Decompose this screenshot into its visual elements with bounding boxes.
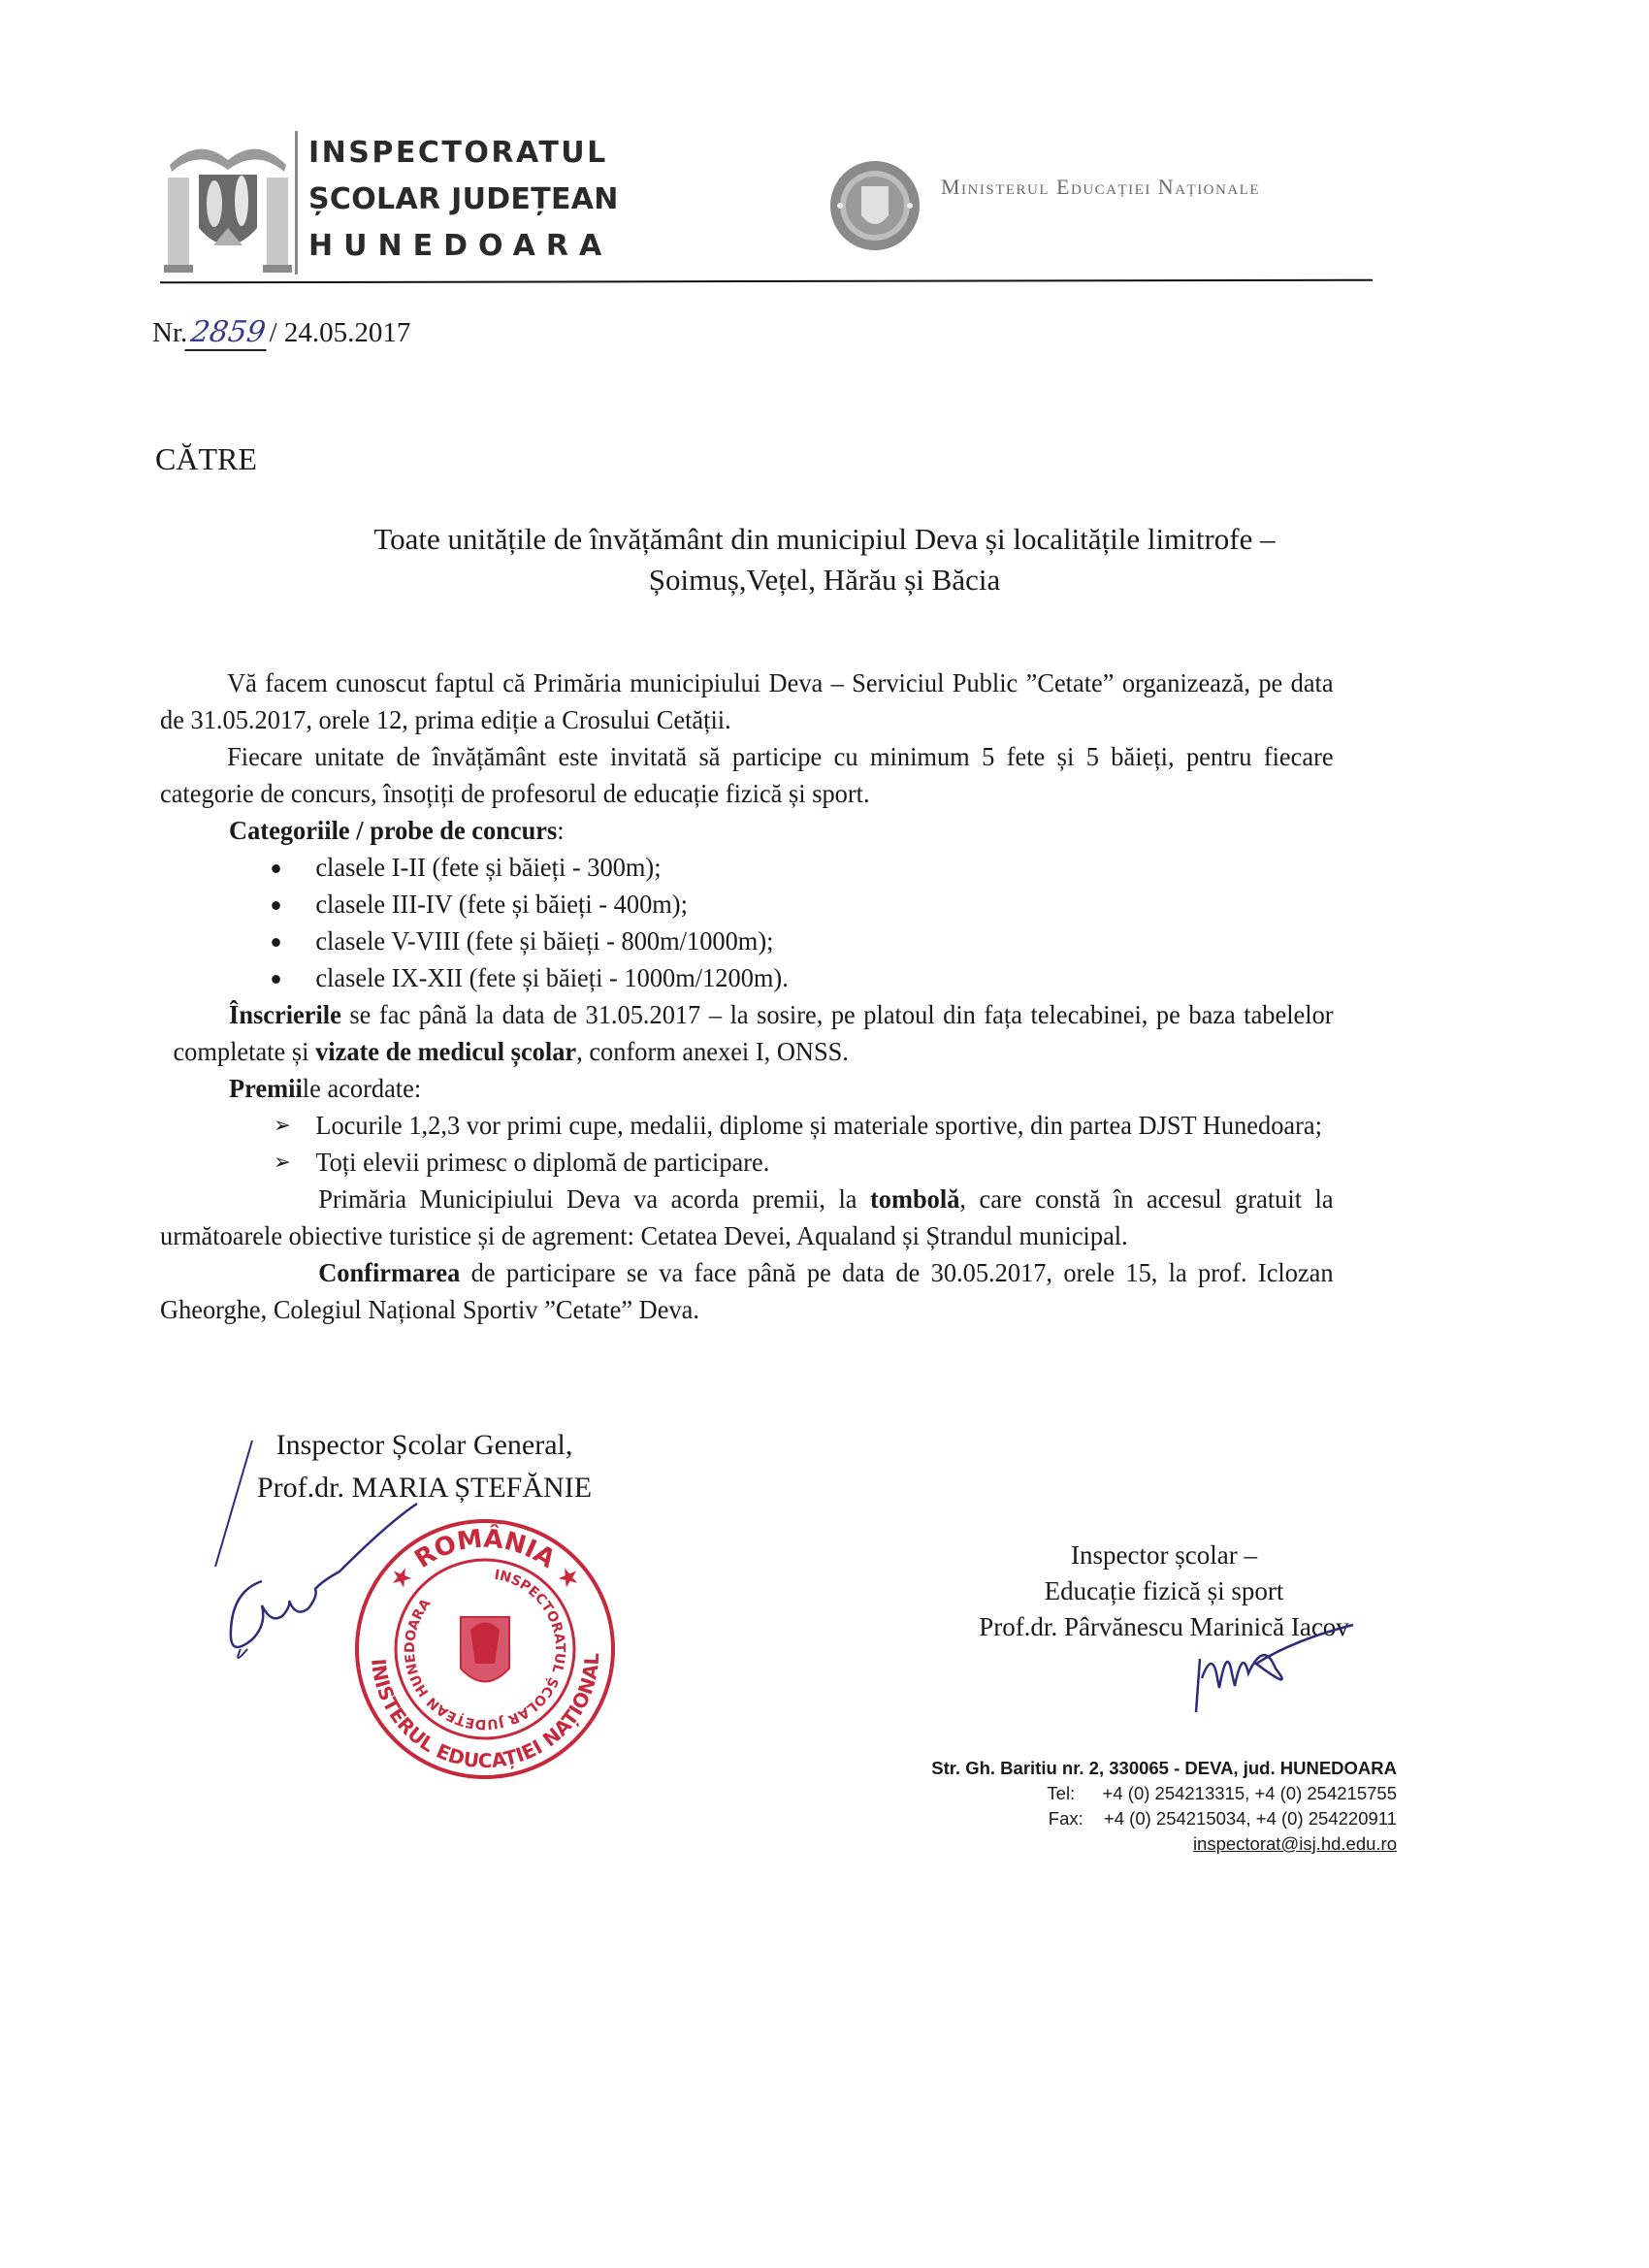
contact-email-link[interactable]: inspectorat@isj.hd.edu.ro [844, 1831, 1397, 1857]
tel-label: Tel: [1047, 1781, 1097, 1806]
category-item: clasele V-VIII (fete și băieți - 800m/10… [272, 923, 1333, 959]
confirmation-paragraph: Confirmarea de participare se va face pâ… [160, 1254, 1334, 1328]
prizes-text: le acordate: [303, 1073, 421, 1103]
registration-number: Nr.2859/ 24.05.2017 [152, 315, 410, 351]
categories-colon: : [557, 815, 564, 845]
intro-paragraph: Vă facem cunoscut faptul că Primăria mun… [160, 664, 1334, 738]
handwritten-signature-icon [1188, 1620, 1363, 1727]
contact-tel: Tel: +4 (0) 254213315, +4 (0) 254215755 [844, 1781, 1397, 1806]
prizes-bold: Premii [229, 1073, 303, 1103]
signatory-sport-subtitle: Educație fizică și sport [955, 1573, 1373, 1609]
category-item: clasele I-II (fete și băieți - 300m); [272, 849, 1333, 886]
registration-paragraph: Înscrierile se fac până la data de 31.05… [160, 996, 1334, 1070]
category-item: clasele IX-XII (fete și băieți - 1000m/1… [272, 959, 1333, 996]
raffle-paragraph: Primăria Municipiului Deva va acorda pre… [160, 1181, 1334, 1254]
signatory-sport-title: Inspector școlar – [955, 1538, 1373, 1573]
confirmation-bold: Confirmarea [318, 1257, 460, 1287]
categories-list: clasele I-II (fete și băieți - 300m); cl… [160, 849, 1334, 996]
header-divider [295, 131, 298, 275]
raffle-bold: tombolă [870, 1183, 959, 1214]
prize-item: ➢Toți elevii primesc o diplomă de partic… [274, 1144, 1333, 1181]
institution-line-3: HUNEDOARA [308, 223, 619, 270]
fax-label: Fax: [1049, 1806, 1099, 1831]
institution-name: INSPECTORATUL ȘCOLAR JUDEȚEAN HUNEDOARA [308, 130, 619, 270]
participation-paragraph: Fiecare unitate de învățământ este invit… [160, 738, 1334, 812]
registration-bold: Înscrierile [229, 999, 341, 1029]
institution-line-1: INSPECTORATUL [308, 130, 619, 177]
official-stamp-icon: ★ ROMÂNIA ★ MINISTERUL EDUCAȚIEI NAȚIONA… [344, 1508, 626, 1790]
prize-text: Locurile 1,2,3 vor primi cupe, medalii, … [315, 1110, 1322, 1140]
prize-item: ➢Locurile 1,2,3 vor primi cupe, medalii,… [274, 1107, 1333, 1144]
category-item: clasele III-IV (fete și băieți - 400m); [272, 886, 1333, 923]
arrow-bullet-icon: ➢ [274, 1144, 291, 1181]
government-seal-icon [826, 157, 923, 254]
recipient-line-1: Toate unitățile de învățământ din munici… [145, 519, 1503, 560]
prizes-heading: Premiile acordate: [160, 1070, 1334, 1107]
recipient-line-2: Șoimuș,Vețel, Hărău și Băcia [145, 560, 1503, 600]
arrow-bullet-icon: ➢ [274, 1107, 291, 1144]
contact-address: Str. Gh. Baritiu nr. 2, 330065 - DEVA, j… [844, 1756, 1397, 1781]
prize-text: Toți elevii primesc o diplomă de partici… [315, 1147, 769, 1177]
header-rule [160, 279, 1373, 284]
registration-prefix: Nr. [152, 317, 187, 348]
medical-visa-bold: vizate de medicul școlar [315, 1036, 576, 1066]
handwritten-number: 2859 [185, 315, 273, 351]
categories-heading-text: Categoriile / probe de concurs [229, 815, 557, 845]
contact-fax: Fax: +4 (0) 254215034, +4 (0) 254220911 [844, 1806, 1397, 1831]
tel-value: +4 (0) 254213315, +4 (0) 254215755 [1103, 1783, 1397, 1803]
institution-line-2: ȘCOLAR JUDEȚEAN [308, 177, 619, 223]
registration-date: / 24.05.2017 [270, 317, 411, 348]
recipient: Toate unitățile de învățământ din munici… [145, 519, 1503, 600]
categories-heading: Categoriile / probe de concurs: [160, 812, 1334, 849]
registration-text-end: , conform anexei I, ONSS. [576, 1036, 849, 1066]
addressee-label: CĂTRE [155, 441, 257, 477]
letter-body: Vă facem cunoscut faptul că Primăria mun… [160, 664, 1334, 1328]
fax-value: +4 (0) 254215034, +4 (0) 254220911 [1104, 1808, 1397, 1829]
contact-block: Str. Gh. Baritiu nr. 2, 330065 - DEVA, j… [844, 1756, 1397, 1857]
prizes-list: ➢Locurile 1,2,3 vor primi cupe, medalii,… [160, 1107, 1334, 1181]
isj-crest-icon [160, 131, 296, 276]
raffle-text: Primăria Municipiului Deva va acorda pre… [318, 1183, 870, 1214]
ministry-name: Ministerul Educației Naționale [941, 175, 1260, 200]
